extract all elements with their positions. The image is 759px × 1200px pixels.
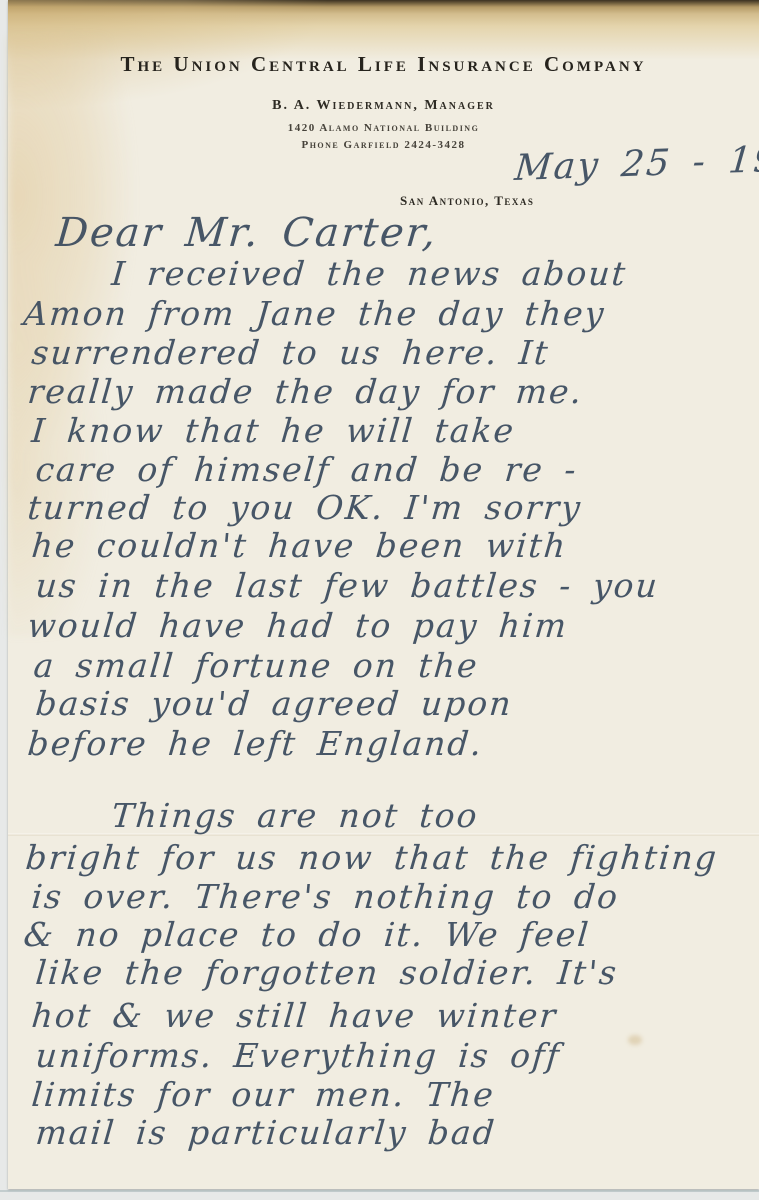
- salutation-line: Dear Mr. Carter,: [54, 210, 439, 256]
- letterhead-city-line: San Antonio, Texas: [400, 193, 534, 209]
- letterhead-company-name: The Union Central Life Insurance Company: [8, 52, 759, 77]
- body-line: hot & we still have winter: [30, 996, 559, 1035]
- body-line: care of himself and be re -: [34, 450, 579, 489]
- body-line: & no place to do it. We feel: [22, 915, 592, 954]
- body-line: like the forgotten soldier. It's: [34, 953, 620, 992]
- body-line: mail is particularly bad: [34, 1113, 498, 1152]
- scan-bottom-edge: [0, 1190, 759, 1192]
- body-line: Things are not too: [110, 796, 480, 835]
- body-line: turned to you OK. I'm sorry: [26, 488, 584, 527]
- letterhead-address-line: 1420 Alamo National Building: [8, 122, 759, 134]
- body-line: before he left England.: [26, 724, 485, 763]
- body-line: a small fortune on the: [32, 646, 480, 685]
- body-line: I received the news about: [110, 254, 629, 293]
- body-line: he couldn't have been with: [30, 526, 569, 565]
- body-line: is over. There's nothing to do: [30, 877, 621, 916]
- body-line: limits for our men. The: [30, 1075, 497, 1114]
- body-line: bright for us now that the fighting: [24, 838, 720, 877]
- letterhead-manager-line: B. A. Wiedermann, Manager: [8, 98, 759, 114]
- body-line: us in the last few battles - you: [34, 566, 661, 605]
- paper-stain-speck: [628, 1035, 642, 1045]
- body-line: Amon from Jane the day they: [22, 294, 607, 333]
- body-line: really made the day for me.: [26, 372, 585, 411]
- body-line: basis you'd agreed upon: [34, 684, 514, 723]
- scanned-letter: The Union Central Life Insurance Company…: [0, 0, 759, 1200]
- letter-paper: The Union Central Life Insurance Company…: [8, 0, 759, 1189]
- body-line: I know that he will take: [30, 411, 517, 450]
- body-line: would have had to pay him: [26, 606, 570, 645]
- body-line: uniforms. Everything is off: [34, 1036, 562, 1075]
- body-line: surrendered to us here. It: [30, 333, 551, 372]
